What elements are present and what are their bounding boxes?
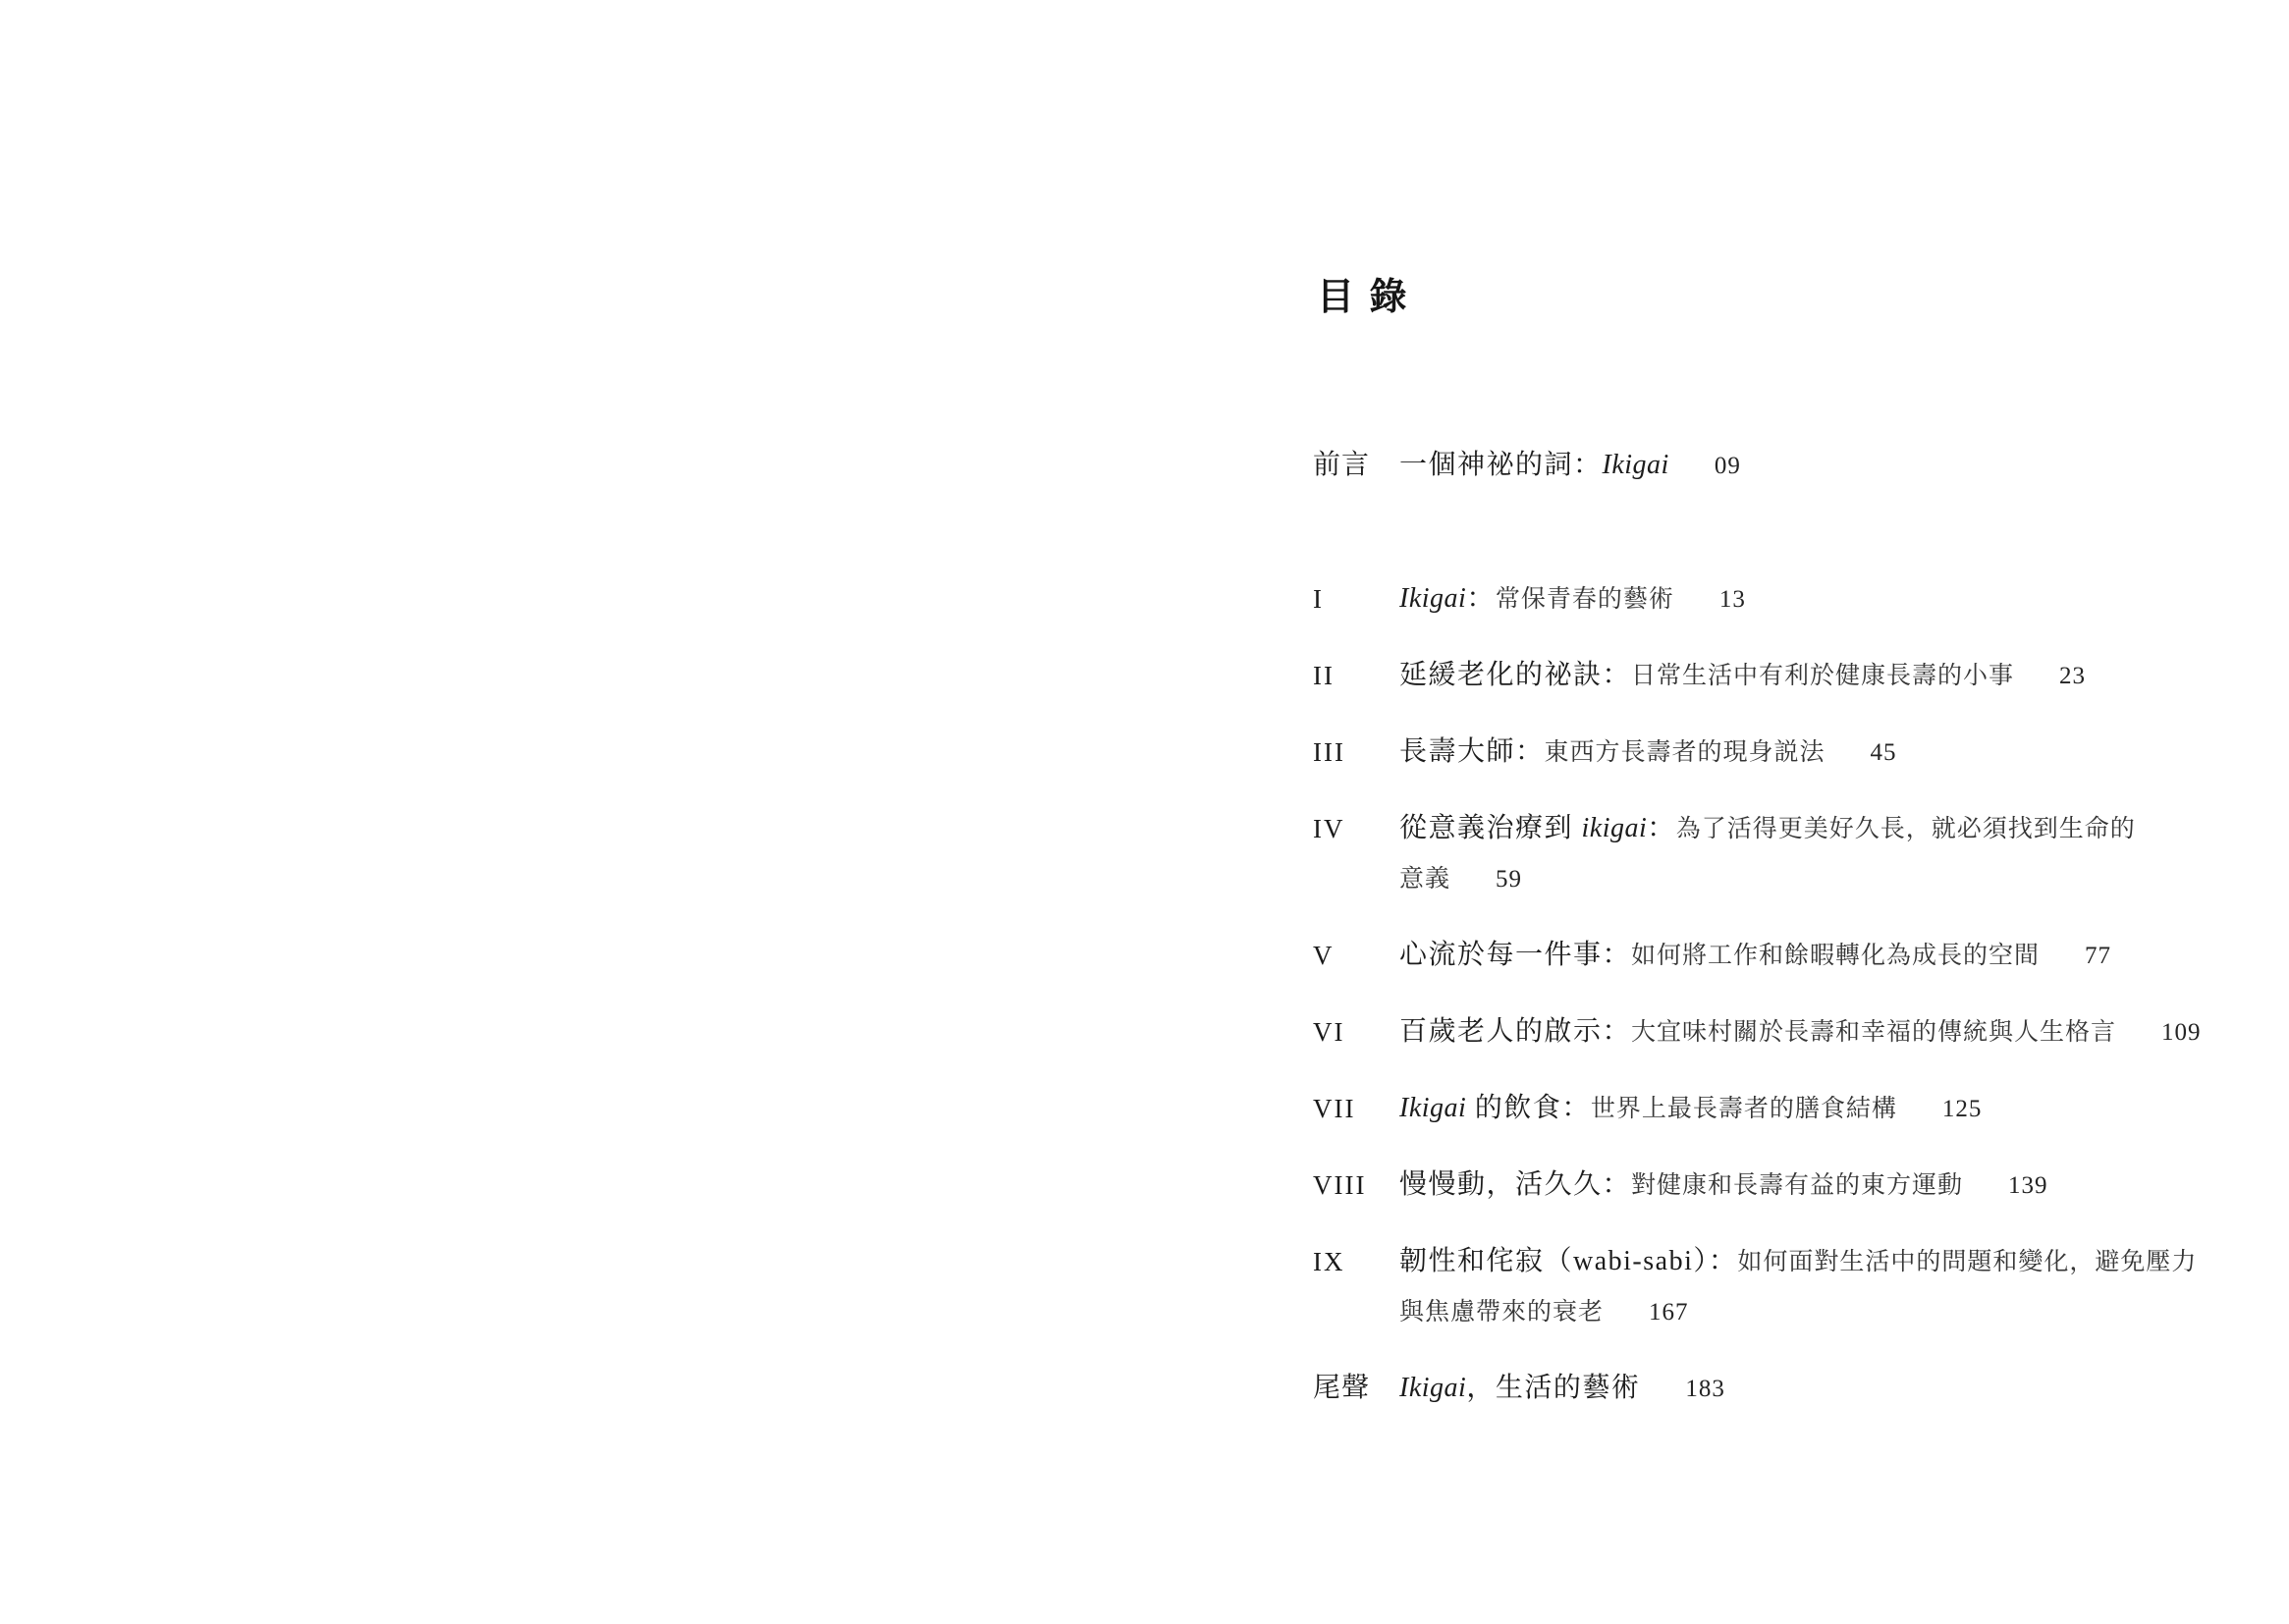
toc-entry-label: V	[1313, 932, 1399, 979]
title-italic-text: ikigai	[1582, 813, 1648, 843]
toc-entry-title: 心流於每一件事：如何將工作和餘暇轉化為成長的空間77	[1399, 932, 2289, 983]
page-number: 167	[1649, 1299, 1689, 1326]
title-main-text: 心流於每一件事：	[1399, 940, 1631, 970]
toc-entry-ch7: VII Ikigai 的飲食：世界上最長壽者的膳食結構125	[1313, 1085, 2289, 1136]
title-italic-text: Ikigai	[1399, 1373, 1466, 1403]
toc-entry-ch1: I Ikigai：常保青春的藝術13	[1313, 575, 2289, 626]
title-subtitle-text: 日常生活中有利於健康長壽的小事	[1631, 663, 2014, 689]
title-subtitle-text: 如何面對生活中的問題和變化，避免壓力	[1737, 1249, 2197, 1275]
title-subtitle-text: 常保青春的藝術	[1496, 586, 1674, 613]
title-main-text: 韌性和侘寂（wabi-sabi）：	[1399, 1246, 1737, 1276]
title-italic-text: Ikigai	[1603, 450, 1669, 480]
title-italic-text: Ikigai	[1399, 583, 1466, 614]
toc-entry-label: II	[1313, 652, 1399, 699]
page-number: 77	[2085, 943, 2111, 969]
title-main-text: ：	[1647, 813, 1676, 843]
page-number: 109	[2161, 1019, 2202, 1046]
page-number: 45	[1871, 739, 1897, 766]
toc-entry-title: Ikigai，生活的藝術183	[1399, 1365, 2289, 1416]
toc-entry-title: 一個神祕的詞：Ikigai09	[1399, 442, 2289, 493]
toc-entry-label: VI	[1313, 1008, 1399, 1056]
toc-entry-title: Ikigai：常保青春的藝術13	[1399, 575, 2289, 626]
toc-entry-label: I	[1313, 575, 1399, 623]
toc-entry-title: 慢慢動，活久久：對健康和長壽有益的東方運動139	[1399, 1162, 2289, 1213]
title-subtitle-line2: 與焦慮帶來的衰老	[1399, 1299, 1604, 1326]
page-number: 23	[2059, 663, 2086, 689]
title-main-text: 百歲老人的啟示：	[1399, 1016, 1631, 1047]
toc-entry-title: Ikigai 的飲食：世界上最長壽者的膳食結構125	[1399, 1085, 2289, 1136]
toc-entry-ch9: IX 韌性和侘寂（wabi-sabi）：如何面對生活中的問題和變化，避免壓力與焦…	[1313, 1238, 2289, 1339]
toc-entry-label: 尾聲	[1313, 1365, 1399, 1412]
toc-entry-label: IX	[1313, 1238, 1399, 1285]
toc-entry-label: III	[1313, 729, 1399, 776]
toc-entry-label: VII	[1313, 1085, 1399, 1132]
title-main-text: 延緩老化的祕訣：	[1399, 660, 1631, 690]
title-main-text: 慢慢動，活久久：	[1399, 1169, 1631, 1200]
toc-entry-ch4: IV 從意義治療到 ikigai：為了活得更美好久長，就必須找到生命的意義59	[1313, 805, 2289, 906]
title-main-text: 的飲食：	[1466, 1093, 1591, 1123]
title-main-text: ：	[1466, 583, 1496, 614]
toc-entry-title: 百歲老人的啟示：大宜味村關於長壽和幸福的傳統與人生格言109	[1399, 1008, 2289, 1059]
title-main-text: 一個神祕的詞：	[1399, 450, 1603, 480]
page-number: 125	[1942, 1096, 1983, 1122]
title-subtitle-text: 為了活得更美好久長，就必須找到生命的	[1676, 816, 2136, 842]
title-subtitle-text: 如何將工作和餘暇轉化為成長的空間	[1631, 943, 2040, 969]
toc-entry-title: 延緩老化的祕訣：日常生活中有利於健康長壽的小事23	[1399, 652, 2289, 703]
title-main-text: 從意義治療到	[1399, 813, 1582, 843]
page-number: 139	[2008, 1172, 2048, 1199]
toc-entry-ch3: III 長壽大師：東西方長壽者的現身説法45	[1313, 729, 2289, 780]
title-subtitle-text: 大宜味村關於長壽和幸福的傳統與人生格言	[1631, 1019, 2116, 1046]
toc-entry-ch2: II 延緩老化的祕訣：日常生活中有利於健康長壽的小事23	[1313, 652, 2289, 703]
title-main-text: 長壽大師：	[1399, 736, 1545, 767]
toc-entry-title: 韌性和侘寂（wabi-sabi）：如何面對生活中的問題和變化，避免壓力與焦慮帶來…	[1399, 1238, 2289, 1339]
toc-entry-title: 從意義治療到 ikigai：為了活得更美好久長，就必須找到生命的意義59	[1399, 805, 2289, 906]
toc-entry-ch6: VI 百歲老人的啟示：大宜味村關於長壽和幸福的傳統與人生格言109	[1313, 1008, 2289, 1059]
toc-entry-ch5: V 心流於每一件事：如何將工作和餘暇轉化為成長的空間77	[1313, 932, 2289, 983]
toc-entry-ch8: VIII 慢慢動，活久久：對健康和長壽有益的東方運動139	[1313, 1162, 2289, 1213]
page-number: 13	[1719, 586, 1746, 613]
toc-entry-label: VIII	[1313, 1162, 1399, 1209]
title-subtitle-text: 東西方長壽者的現身説法	[1545, 739, 1826, 766]
title-subtitle-text: 對健康和長壽有益的東方運動	[1631, 1172, 1963, 1199]
title-subtitle-text: 世界上最長壽者的膳食結構	[1591, 1096, 1897, 1122]
toc-entry-label: 前言	[1313, 442, 1399, 489]
toc-entry-preface: 前言 一個神祕的詞：Ikigai09	[1313, 442, 2289, 493]
toc-entry-epilogue: 尾聲 Ikigai，生活的藝術183	[1313, 1365, 2289, 1416]
page-title: 目 錄	[1317, 266, 1410, 320]
toc-entry-label: IV	[1313, 805, 1399, 852]
title-subtitle-line2: 意義	[1399, 866, 1450, 893]
title-main-text: ，生活的藝術	[1466, 1373, 1640, 1403]
page-number: 09	[1715, 453, 1741, 479]
page-number: 59	[1496, 866, 1522, 893]
toc-list: 前言 一個神祕的詞：Ikigai09 I Ikigai：常保青春的藝術13 II…	[1313, 442, 2289, 1441]
toc-entry-title: 長壽大師：東西方長壽者的現身説法45	[1399, 729, 2289, 780]
title-italic-text: Ikigai	[1399, 1093, 1466, 1123]
page-number: 183	[1685, 1376, 1725, 1402]
